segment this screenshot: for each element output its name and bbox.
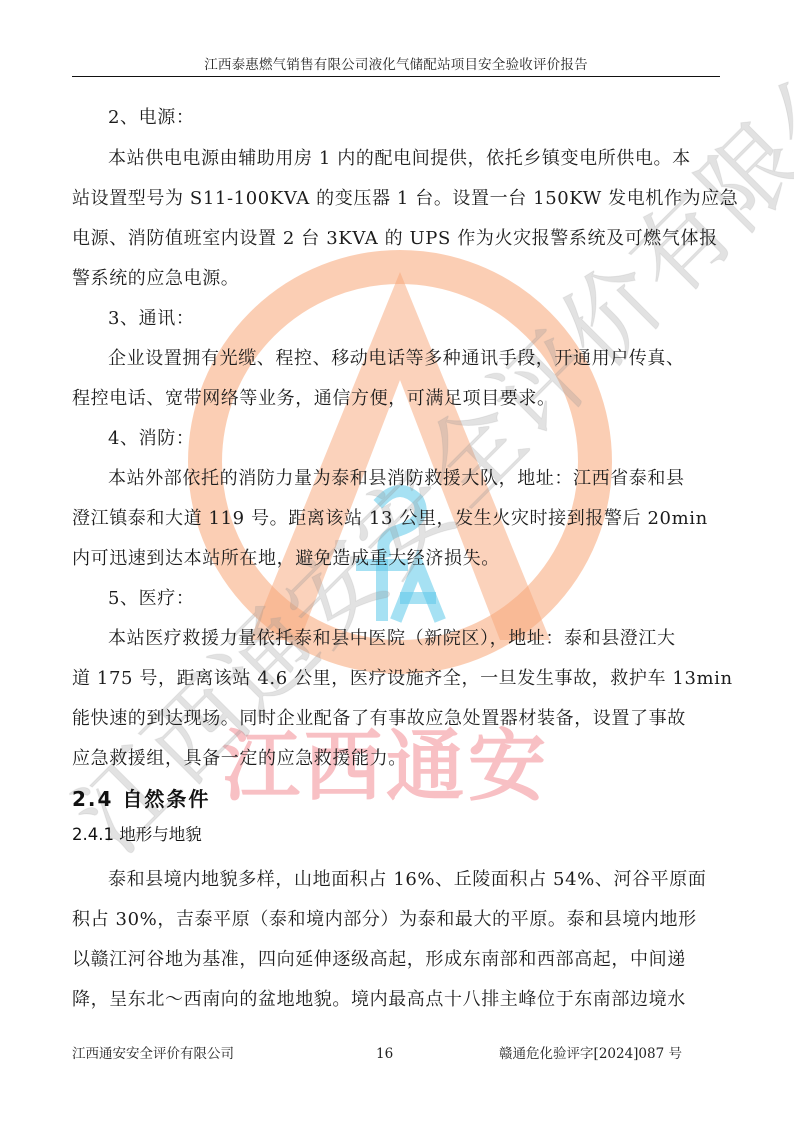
paragraph-line: 电源、消防值班室内设置 2 台 3KVA 的 UPS 作为火灾报警系统及可燃气体… xyxy=(72,227,722,251)
paragraph-line: 以赣江河谷地为基准，四向延伸逐级高起，形成东南部和西部高起，中间递 xyxy=(72,948,722,972)
paragraph-line: 程控电话、宽带网络等业务，通信方便，可满足项目要求。 xyxy=(72,387,722,411)
paragraph-line: 降，呈东北～西南向的盆地地貌。境内最高点十八排主峰位于东南部边境水 xyxy=(72,988,722,1012)
paragraph-line: 警系统的应急电源。 xyxy=(72,267,722,291)
communication-heading: 3、通讯： xyxy=(72,307,758,331)
subsection-heading: 2.4.1 地形与地貌 xyxy=(72,824,202,846)
paragraph-line: 泰和县境内地貌多样，山地面积占 16%、丘陵面积占 54%、河谷平原面 xyxy=(72,868,758,892)
paragraph-line: 澄江镇泰和大道 119 号。距离该站 13 公里，发生火灾时接到报警后 20mi… xyxy=(72,507,722,531)
header-rule xyxy=(72,76,720,77)
medical-heading: 5、医疗： xyxy=(72,587,758,611)
fire-heading: 4、消防： xyxy=(72,427,758,451)
paragraph-line: 能快速的到达现场。同时企业配备了有事故应急处置器材装备，设置了事故 xyxy=(72,707,722,731)
section-heading: 2.4 自然条件 xyxy=(72,786,210,812)
paragraph-line: 本站外部依托的消防力量为泰和县消防救援大队，地址：江西省泰和县 xyxy=(72,467,758,491)
paragraph-line: 本站供电电源由辅助用房 1 内的配电间提供，依托乡镇变电所供电。本 xyxy=(72,147,758,171)
power-heading: 2、电源： xyxy=(72,106,758,130)
paragraph-line: 应急救援组，具备一定的应急救援能力。 xyxy=(72,747,722,771)
paragraph-line: 企业设置拥有光缆、程控、移动电话等多种通讯手段，开通用户传真、 xyxy=(72,347,758,371)
footer-company: 江西通安安全评价有限公司 xyxy=(72,1045,234,1063)
paragraph-line: 站设置型号为 S11-100KVA 的变压器 1 台。设置一台 150KW 发电… xyxy=(72,187,722,211)
paragraph-line: 内可迅速到达本站所在地，避免造成重大经济损失。 xyxy=(72,547,722,571)
page-number: 16 xyxy=(376,1045,393,1063)
page-footer: 江西通安安全评价有限公司 16 赣通危化验评字[2024]087 号 xyxy=(72,1045,722,1065)
paragraph-line: 积占 30%，吉泰平原（泰和境内部分）为泰和最大的平原。泰和县境内地形 xyxy=(72,908,722,932)
footer-doc-number: 赣通危化验评字[2024]087 号 xyxy=(499,1045,682,1063)
document-page: 江西泰惠燃气销售有限公司液化气储配站项目安全验收评价报告 江西通安 江西通安安全… xyxy=(0,0,794,1123)
running-header: 江西泰惠燃气销售有限公司液化气储配站项目安全验收评价报告 xyxy=(72,56,720,76)
paragraph-line: 道 175 号，距离该站 4.6 公里，医疗设施齐全，一旦发生事故，救护车 13… xyxy=(72,667,722,691)
paragraph-line: 本站医疗救援力量依托泰和县中医院（新院区），地址：泰和县澄江大 xyxy=(72,627,758,651)
